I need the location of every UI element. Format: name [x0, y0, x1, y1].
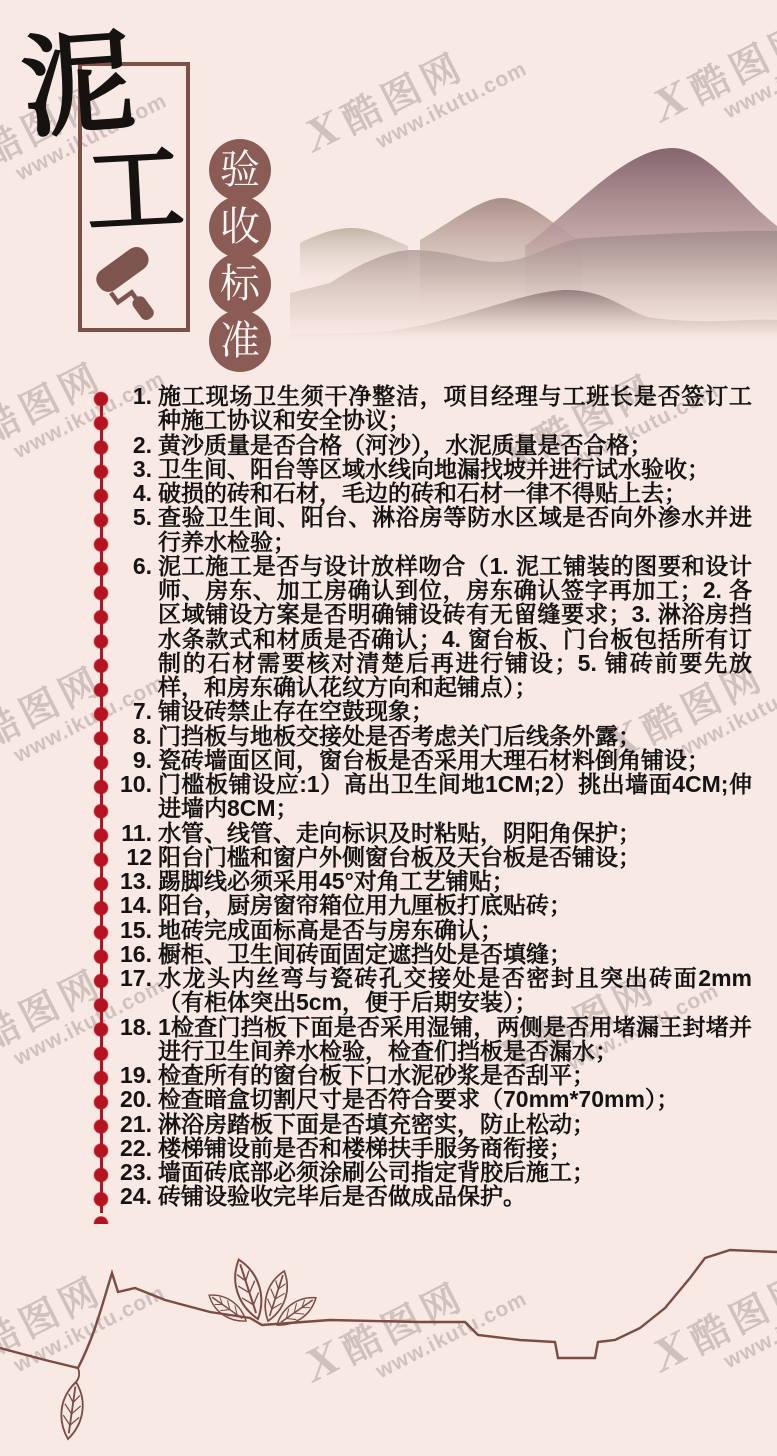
checklist-item: 19. 检查所有的窗台板下口水泥砂浆是否刮平； — [112, 1063, 752, 1087]
checklist-item-text: 水管、线管、走向标识及时粘贴，阴阳角保护； — [158, 820, 641, 846]
checklist-item-text: 阳台，厨房窗帘箱位用九厘板打底贴砖； — [158, 892, 572, 918]
mountains-illustration — [290, 128, 777, 340]
checklist-item-number: 5. — [112, 505, 152, 529]
leaf-cluster-3 — [259, 1268, 293, 1324]
checklist-item-number: 22. — [112, 1136, 152, 1160]
checklist-item: 4. 破损的砖和石材，毛边的砖和石材一律不得贴上去； — [112, 481, 752, 505]
checklist-item-text: 砖铺设验收完毕后是否做成品保护。 — [158, 1183, 526, 1209]
checklist-item-text: 破损的砖和石材，毛边的砖和石材一律不得贴上去； — [158, 480, 687, 506]
checklist-item-number: 4. — [112, 481, 152, 505]
checklist-item-number: 15. — [112, 918, 152, 942]
poster: 泥 工 验 收 标 准 1. 施工现场卫生须干净整洁，项目经理与工班长是否签订工… — [0, 0, 777, 1456]
title-char-gong: 工 — [84, 140, 187, 243]
checklist-item-number: 13. — [112, 869, 152, 893]
checklist-item-number: 14. — [112, 893, 152, 917]
checklist-item-number: 17. — [112, 966, 152, 990]
title-char-ni: 泥 — [18, 26, 138, 146]
checklist-item-text: 检查所有的窗台板下口水泥砂浆是否刮平； — [158, 1062, 595, 1088]
checklist-item-text: 楼梯铺设前是否和楼梯扶手服务商衔接； — [158, 1135, 572, 1161]
checklist-item-text: 1检查门挡板下面是否采用湿铺，两侧是否用堵漏王封堵并进行卫生间养水检验，检查们挡… — [158, 1014, 752, 1064]
badge-circle: 准 — [209, 310, 271, 372]
checklist-item-number: 8. — [112, 724, 152, 748]
checklist-item: 8. 门挡板与地板交接处是否考虑关门后线条外露； — [112, 724, 752, 748]
checklist-item-number: 19. — [112, 1063, 152, 1087]
checklist-item-number: 7. — [112, 699, 152, 723]
checklist-item: 11. 水管、线管、走向标识及时粘贴，阴阳角保护； — [112, 821, 752, 845]
checklist-item-number: 12 — [112, 845, 152, 869]
badge-char: 收 — [209, 196, 271, 258]
checklist-item-text: 卫生间、阳台等区域水线向地漏找坡并进行试水验收； — [158, 456, 710, 482]
checklist-item: 20. 检查暗盒切割尺寸是否符合要求（70mm*70mm）； — [112, 1087, 752, 1111]
checklist-item-number: 10. — [112, 772, 152, 796]
checklist-item-number: 11. — [112, 821, 152, 845]
branch-illustration — [0, 1235, 777, 1456]
checklist-item-number: 2. — [112, 433, 152, 457]
badge-char: 标 — [209, 253, 271, 315]
checklist-item-number: 6. — [112, 554, 152, 578]
checklist-item: 23. 墙面砖底部必须涂刷公司指定背胶后施工； — [112, 1160, 752, 1184]
watermark-url: www.ikutu.com — [720, 27, 777, 124]
checklist-item-text: 淋浴房踏板下面是否填充密实，防止松动； — [158, 1111, 595, 1137]
checklist-item: 24. 砖铺设验收完毕后是否做成品保护。 — [112, 1184, 752, 1208]
leaf-cluster-1 — [204, 1289, 250, 1328]
checklist-item-text: 地砖完成面标高是否与房东确认； — [158, 917, 503, 943]
checklist-item: 1. 施工现场卫生须干净整洁，项目经理与工班长是否签订工种施工协议和安全协议； — [112, 384, 752, 433]
checklist-item-text: 施工现场卫生须干净整洁，项目经理与工班长是否签订工种施工协议和安全协议； — [158, 383, 752, 433]
checklist-item-text: 墙面砖底部必须涂刷公司指定背胶后施工； — [158, 1159, 595, 1185]
watermark-logo-icon: X — [649, 66, 691, 134]
checklist-item-text: 查验卫生间、阳台、淋浴房等防水区域是否向外渗水并进行养水检验； — [158, 504, 752, 554]
checklist-item: 13. 踢脚线必须采用45°对角工艺铺贴； — [112, 869, 752, 893]
paint-roller-icon — [92, 238, 174, 326]
checklist-item: 3. 卫生间、阳台等区域水线向地漏找坡并进行试水验收； — [112, 457, 752, 481]
checklist-item-number: 18. — [112, 1015, 152, 1039]
checklist-item-text: 门挡板与地板交接处是否考虑关门后线条外露； — [158, 723, 641, 749]
leaf-hanging — [58, 1381, 87, 1441]
checklist-item: 16. 橱柜、卫生间砖面固定遮挡处是否填缝； — [112, 942, 752, 966]
red-dotted-line — [90, 388, 112, 1224]
checklist-item: 15. 地砖完成面标高是否与房东确认； — [112, 918, 752, 942]
badge-circle: 标 — [209, 253, 271, 315]
checklist-item-text: 瓷砖墙面区间，窗台板是否采用大理石材料倒角铺设； — [158, 747, 710, 773]
checklist-item-text: 泥工施工是否与设计放样吻合（1. 泥工铺装的图要和设计师、房东、加工房确认到位，… — [158, 553, 752, 700]
badge-char: 准 — [209, 310, 271, 372]
checklist-item-text: 黄沙质量是否合格（河沙），水泥质量是否合格； — [158, 432, 653, 458]
badge-circle: 收 — [209, 196, 271, 258]
checklist-item: 22. 楼梯铺设前是否和楼梯扶手服务商衔接； — [112, 1136, 752, 1160]
checklist-item-number: 23. — [112, 1160, 152, 1184]
checklist-item-text: 门槛板铺设应:1）高出卫生间地1CM;2）挑出墙面4CM;伸进墙内8CM； — [158, 771, 752, 821]
checklist-item: 5. 查验卫生间、阳台、淋浴房等防水区域是否向外渗水并进行养水检验； — [112, 505, 752, 554]
badge-circle: 验 — [209, 139, 271, 201]
checklist-item-number: 16. — [112, 942, 152, 966]
branch-line — [0, 1250, 777, 1368]
checklist-item: 14. 阳台，厨房窗帘箱位用九厘板打底贴砖； — [112, 893, 752, 917]
checklist-item: 7. 铺设砖禁止存在空鼓现象； — [112, 699, 752, 723]
checklist-item-text: 踢脚线必须采用45°对角工艺铺贴； — [158, 868, 515, 894]
checklist-item: 17. 水龙头内丝弯与瓷砖孔交接处是否密封且突出砖面2mm（有柜体突出5cm，便… — [112, 966, 752, 1015]
checklist-item: 2. 黄沙质量是否合格（河沙），水泥质量是否合格； — [112, 433, 752, 457]
checklist-item-number: 21. — [112, 1112, 152, 1136]
checklist-item-text: 检查暗盒切割尺寸是否符合要求（70mm*70mm）； — [158, 1086, 679, 1112]
checklist-item: 18. 1检查门挡板下面是否采用湿铺，两侧是否用堵漏王封堵并进行卫生间养水检验，… — [112, 1015, 752, 1064]
watermark-brand: 酷图网 — [679, 5, 777, 114]
checklist-item-number: 9. — [112, 748, 152, 772]
checklist-item-number: 24. — [112, 1184, 152, 1208]
checklist-item-number: 20. — [112, 1087, 152, 1111]
checklist: 1. 施工现场卫生须干净整洁，项目经理与工班长是否签订工种施工协议和安全协议； … — [112, 384, 752, 1209]
checklist-item: 10. 门槛板铺设应:1）高出卫生间地1CM;2）挑出墙面4CM;伸进墙内8CM… — [112, 772, 752, 821]
checklist-item: 6. 泥工施工是否与设计放样吻合（1. 泥工铺装的图要和设计师、房东、加工房确认… — [112, 554, 752, 700]
checklist-item-text: 橱柜、卫生间砖面固定遮挡处是否填缝； — [158, 941, 572, 967]
checklist-item-text: 阳台门槛和窗户外侧窗台板及天台板是否铺设； — [158, 844, 641, 870]
badge-char: 验 — [209, 139, 271, 201]
checklist-item: 21. 淋浴房踏板下面是否填充密实，防止松动； — [112, 1112, 752, 1136]
checklist-item-text: 水龙头内丝弯与瓷砖孔交接处是否密封且突出砖面2mm（有柜体突出5cm，便于后期安… — [158, 965, 752, 1015]
checklist-item: 9. 瓷砖墙面区间，窗台板是否采用大理石材料倒角铺设； — [112, 748, 752, 772]
checklist-item-text: 铺设砖禁止存在空鼓现象； — [158, 698, 434, 724]
checklist-item-number: 3. — [112, 457, 152, 481]
checklist-item: 12 阳台门槛和窗户外侧窗台板及天台板是否铺设； — [112, 845, 752, 869]
checklist-item-number: 1. — [112, 384, 152, 408]
